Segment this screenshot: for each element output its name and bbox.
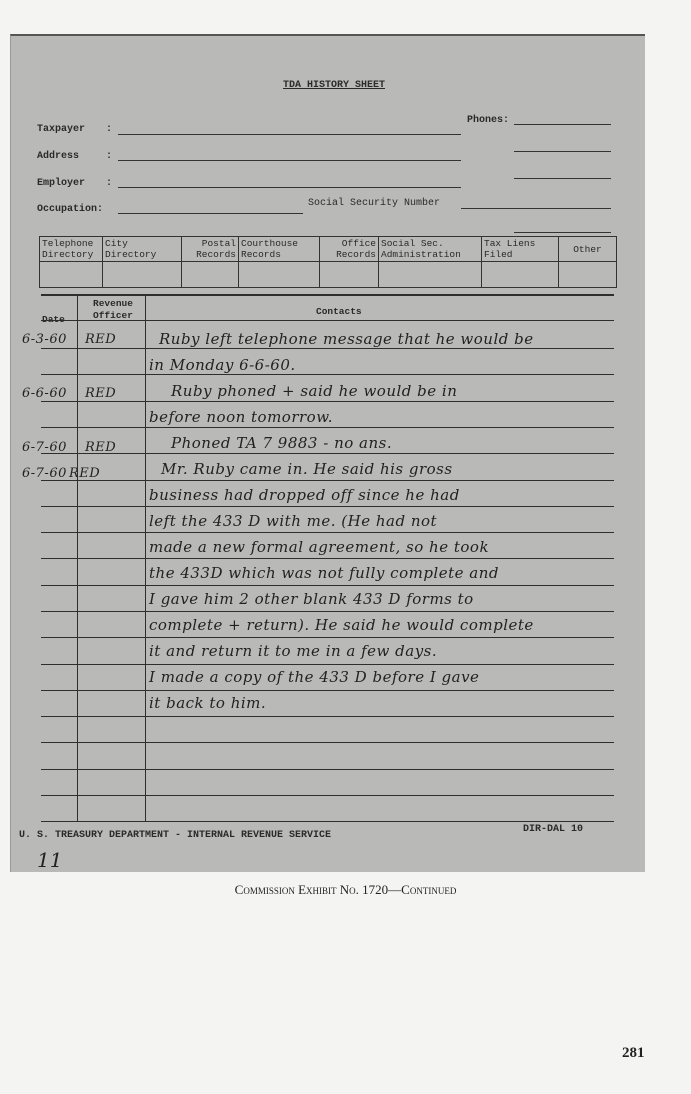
entry-line: Ruby left telephone message that he woul… xyxy=(159,330,534,348)
source-header: Postal Records xyxy=(182,237,239,262)
entry-date: 6-6-60 xyxy=(22,386,67,401)
phone-field-2 xyxy=(514,151,611,152)
entry-line: I gave him 2 other blank 433 D forms to xyxy=(149,590,474,608)
taxpayer-label: Taxpayer xyxy=(37,124,85,135)
source-header: Telephone Directory xyxy=(40,237,103,262)
ruled-line xyxy=(41,821,614,822)
ruled-line xyxy=(41,795,614,796)
colon: : xyxy=(106,178,112,189)
source-header: Office Records xyxy=(320,237,379,262)
ruled-line xyxy=(41,453,614,454)
ruled-line xyxy=(41,611,614,612)
entry-officer: RED xyxy=(85,332,116,347)
divider xyxy=(41,294,614,296)
source-header: Social Sec. Administration xyxy=(379,237,482,262)
ruled-line xyxy=(41,401,614,402)
source-cell xyxy=(320,262,379,288)
occupation-field xyxy=(118,213,303,214)
entry-officer: RED xyxy=(85,386,116,401)
ruled-line xyxy=(41,742,614,743)
entry-line: before noon tomorrow. xyxy=(149,408,333,426)
taxpayer-field xyxy=(118,134,461,135)
phones-label: Phones: xyxy=(467,115,509,126)
colon: : xyxy=(106,151,112,162)
ruled-line xyxy=(41,320,614,321)
source-header: Courthouse Records xyxy=(239,237,320,262)
ruled-line xyxy=(41,664,614,665)
entry-officer: RED xyxy=(69,466,100,481)
ruled-line xyxy=(41,690,614,691)
entry-line: Ruby phoned + said he would be in xyxy=(171,382,457,400)
occupation-label: Occupation: xyxy=(37,204,103,215)
ruled-line xyxy=(41,348,614,349)
ruled-line xyxy=(41,637,614,638)
ssn-field xyxy=(461,208,611,209)
ruled-line xyxy=(41,558,614,559)
page-number: 281 xyxy=(622,1045,645,1062)
source-header: City Directory xyxy=(103,237,182,262)
source-cell xyxy=(559,262,617,288)
exhibit-caption: Commission Exhibit No. 1720—Continued xyxy=(0,882,691,898)
source-cell xyxy=(379,262,482,288)
ruled-line xyxy=(41,506,614,507)
form-title: TDA HISTORY SHEET xyxy=(283,80,385,91)
source-header: Tax Liens Filed xyxy=(482,237,559,262)
employer-field xyxy=(118,187,461,188)
source-cell xyxy=(40,262,103,288)
entry-officer: RED xyxy=(85,440,116,455)
ruled-line xyxy=(41,532,614,533)
colon: : xyxy=(106,124,112,135)
entry-line: it and return it to me in a few days. xyxy=(149,642,437,660)
source-cell xyxy=(239,262,320,288)
entry-date: 6-3-60 xyxy=(22,332,67,347)
entry-line: I made a copy of the 433 D before I gave xyxy=(149,668,479,686)
ruled-line xyxy=(41,374,614,375)
entry-date: 6-7-60 xyxy=(22,440,67,455)
entry-line: business had dropped off since he had xyxy=(149,486,460,504)
employer-label: Employer xyxy=(37,178,85,189)
source-cell xyxy=(182,262,239,288)
entry-line: made a new formal agreement, so he took xyxy=(149,538,489,556)
sources-table: Telephone Directory City Directory Posta… xyxy=(39,236,617,288)
entry-line: the 433D which was not fully complete an… xyxy=(149,564,499,582)
contacts-header: Contacts xyxy=(316,306,362,317)
tda-history-sheet: TDA HISTORY SHEET Taxpayer : Phones: Add… xyxy=(10,34,645,872)
ruled-line xyxy=(41,769,614,770)
entry-line: left the 433 D with me. (He had not xyxy=(149,512,437,530)
entry-line: Mr. Ruby came in. He said his gross xyxy=(161,460,453,478)
phone-field-3 xyxy=(514,178,611,179)
handwritten-mark: 11 xyxy=(37,848,62,872)
source-cell xyxy=(103,262,182,288)
source-cell xyxy=(482,262,559,288)
address-label: Address xyxy=(37,151,79,162)
entry-line: complete + return). He said he would com… xyxy=(149,616,534,634)
ruled-line xyxy=(41,427,614,428)
form-code: DIR-DAL 10 xyxy=(523,824,583,835)
ruled-line xyxy=(41,716,614,717)
ssn-label: Social Security Number xyxy=(308,198,440,209)
entry-line: in Monday 6-6-60. xyxy=(149,356,296,374)
entry-line: Phoned TA 7 9883 - no ans. xyxy=(171,434,392,452)
ruled-line xyxy=(41,480,614,481)
entry-line: it back to him. xyxy=(149,694,266,712)
extra-field xyxy=(514,232,611,233)
officer-header: Revenue Officer xyxy=(83,298,143,322)
phone-field-1 xyxy=(514,124,611,125)
ruled-line xyxy=(41,585,614,586)
source-header: Other xyxy=(559,237,617,262)
entry-date: 6-7-60 xyxy=(22,466,67,481)
agency-footer: U. S. TREASURY DEPARTMENT - INTERNAL REV… xyxy=(19,830,331,841)
address-field xyxy=(118,160,461,161)
